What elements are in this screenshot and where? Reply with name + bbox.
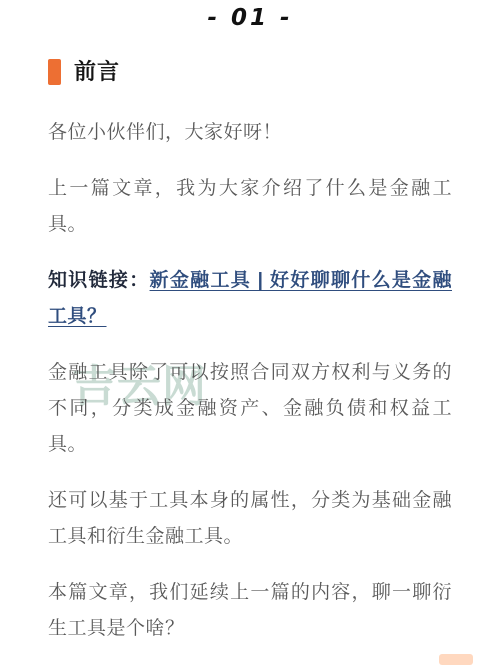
- article-body: 各位小伙伴们，大家好呀！ 上一篇文章，我为大家介绍了什么是金融工具。 知识链接：…: [0, 115, 500, 647]
- paragraph-greeting: 各位小伙伴们，大家好呀！: [48, 115, 452, 151]
- paragraph-attribute: 还可以基于工具本身的属性，分类为基础金融工具和衍生金融工具。: [48, 483, 452, 555]
- paragraph-classification: 金融工具除了可以按照合同双方权利与义务的不同，分类成金融资产、金融负债和权益工具…: [48, 355, 452, 463]
- knowledge-link-label: 知识链接：: [48, 270, 150, 291]
- paragraph-knowledge-link: 知识链接：新金融工具 | 好好聊聊什么是金融工具？: [48, 263, 452, 335]
- paragraph-previous-article: 上一篇文章，我为大家介绍了什么是金融工具。: [48, 171, 452, 243]
- section-number: - 01 -: [0, 0, 500, 31]
- paragraph-topic: 本篇文章，我们延续上一篇的内容，聊一聊衍生工具是个啥？: [48, 575, 452, 647]
- corner-accent: [439, 654, 473, 665]
- section-heading: 前言: [48, 59, 452, 85]
- heading-accent-bar: [48, 59, 61, 85]
- heading-text: 前言: [74, 61, 120, 83]
